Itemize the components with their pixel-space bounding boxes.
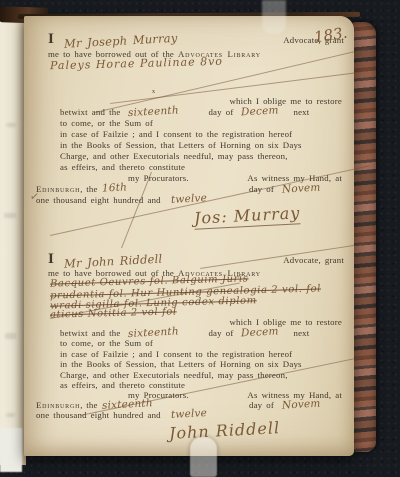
entry1-borrower-name: Mr Joseph Murray	[64, 27, 283, 49]
show-through-mark	[5, 333, 16, 339]
day-of-label: day of	[208, 328, 233, 339]
the-word: the	[86, 184, 97, 195]
entry1-opening-line: I Mr Joseph Murray Advocate, grant	[48, 32, 344, 46]
entry1-sum-line: to come, or the Sum of	[60, 118, 153, 129]
entry1-return-day: sixteenth	[128, 104, 208, 119]
grant-suffix: Advocate, grant	[283, 255, 344, 266]
entry2-return-month: Decem	[241, 326, 294, 340]
page-holder-strip	[190, 437, 217, 477]
entry1-effeirs-line: as effeirs, and thereto constitute	[60, 162, 185, 173]
entry2-year-line: one thousand eight hundred and twelve	[36, 410, 207, 421]
register-page: I Mr Joseph Murray Advocate, grant me to…	[24, 16, 354, 456]
show-through-mark	[6, 123, 16, 127]
facing-page-edge	[0, 13, 26, 465]
entry2-sum-line: to come, or the Sum of	[60, 338, 153, 349]
entry2-signed-year: twelve	[170, 408, 207, 421]
opening-initial: I	[48, 32, 54, 46]
show-through-mark	[6, 413, 15, 417]
facing-page-corner	[0, 428, 22, 472]
next-word: next	[293, 107, 309, 118]
entry1-return-month: Decem	[241, 105, 294, 119]
entry1-signed-month: Novem	[282, 181, 342, 195]
entry1-session-line: in the Books of Session, that Letters of…	[60, 140, 302, 151]
entry1-year-line: one thousand eight hundred and twelve	[36, 195, 207, 206]
day-of-label: day of	[249, 400, 274, 411]
opening-initial: I	[48, 252, 54, 266]
glare-strip	[262, 0, 286, 34]
entry1-failzie-line: in case of Failzie ; and I consent to th…	[60, 129, 292, 140]
show-through-mark	[4, 213, 16, 218]
check-mark: ✓	[29, 189, 40, 203]
procurators-label: my Procurators.	[128, 173, 189, 184]
entry2-borrower-name: Mr John Riddell	[64, 247, 283, 269]
entry1-signed-day: 16th	[101, 182, 127, 194]
entry1-charge-line: Charge, and other Executorials needful, …	[60, 151, 288, 162]
entry1-betwixt-line: betwixt and the sixteenth day of Decem n…	[60, 107, 342, 118]
entry2-signature: John Riddell	[169, 418, 281, 443]
day-of-label: day of	[208, 107, 233, 118]
entry1-signature: Jos: Murray	[194, 203, 301, 228]
book-photo: I Mr Joseph Murray Advocate, grant me to…	[0, 0, 400, 477]
entry2-session-line: in the Books of Session, that Letters of…	[60, 359, 302, 370]
next-word: next	[293, 328, 309, 339]
edinburgh-word: Edinburgh,	[36, 184, 83, 195]
entry2-signed-month: Novem	[282, 397, 342, 411]
